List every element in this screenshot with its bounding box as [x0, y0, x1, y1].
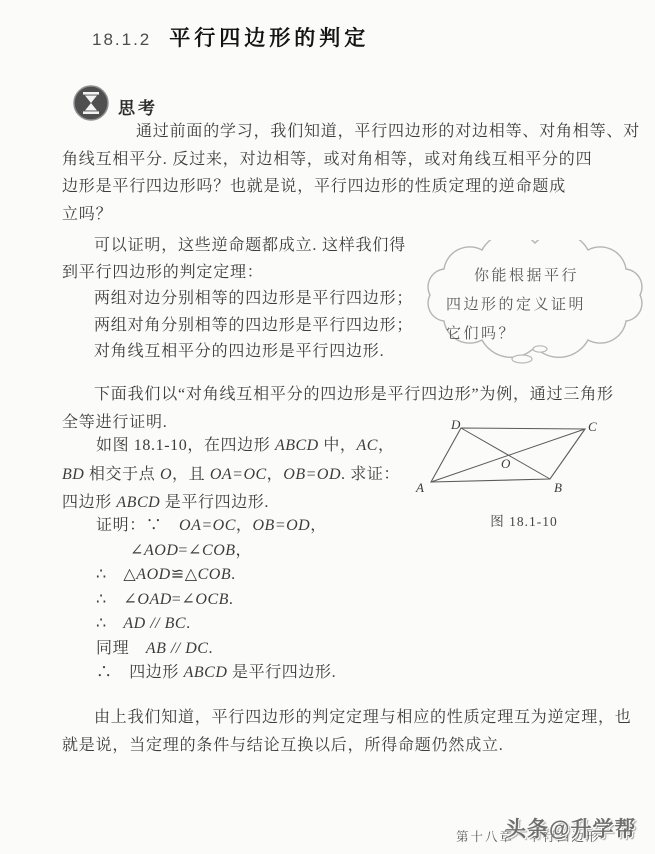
page-title: 平行四边形的判定: [169, 22, 369, 52]
text-line: 可以证明，这些逆命题都成立. 这样我们得: [62, 233, 422, 260]
math-text: ABCD: [184, 664, 228, 681]
text-line: 证明：∵ OA=OC，OB=OD，: [62, 514, 422, 539]
plain-text: 证明：∵: [96, 517, 179, 534]
plain-text: ，: [236, 517, 253, 534]
math-text: ABCD: [116, 494, 160, 511]
math-text: O: [160, 466, 172, 483]
math-text: AOD: [144, 542, 178, 559]
text-line: ∴ AD // BC.: [62, 612, 422, 637]
plain-text: 是平行四边形.: [227, 664, 336, 681]
vertex-label-c: C: [588, 420, 597, 434]
text-line: ∴ ∠OAD=∠OCB.: [62, 588, 422, 613]
math-text: AC: [357, 437, 378, 454]
text-line: 通过前面的学习，我们知道，平行四边形的对边相等、对角相等、对: [62, 118, 602, 146]
text-line: 同理 AB // DC.: [62, 637, 422, 662]
math-text: OA=OC: [179, 517, 236, 534]
math-text: OB=OD: [252, 517, 310, 534]
math-text: //: [146, 615, 165, 632]
text-line: 立吗？: [62, 201, 602, 229]
section-heading: 18.1.2 平行四边形的判定: [92, 22, 369, 52]
parallelogram-diagram: A B C D O: [408, 420, 640, 500]
plain-text: .: [208, 640, 213, 657]
text-line: 两组对边分别相等的四边形是平行四边形；: [62, 286, 422, 313]
text-line: 对角线互相平分的四边形是平行四边形.: [62, 339, 422, 366]
plain-text: ∴ △: [96, 566, 136, 583]
text-line: 下面我们以“对角线互相平分的四边形是平行四边形”为例，通过三角形: [62, 381, 602, 409]
plain-text: 是平行四边形.: [160, 494, 269, 511]
plain-text: 同理: [96, 640, 146, 657]
plain-text: ≌△: [171, 566, 198, 583]
section-number: 18.1.2: [92, 30, 151, 50]
watermark: 头条@升学帮: [505, 813, 636, 843]
example-setup: 如图 18.1-10，在四边形 ABCD 中，AC，BD 相交于点 O，且 OA…: [62, 432, 417, 518]
math-text: OAD: [137, 591, 171, 608]
text-line: 它们吗？: [446, 320, 586, 349]
plain-text: 中，: [319, 437, 357, 454]
text-line: 四边形的定义证明: [446, 291, 586, 320]
plain-text: ，: [310, 517, 327, 534]
plain-text: ，且: [172, 466, 210, 483]
parallelogram-figure: A B C D O 图 18.1-10: [408, 420, 640, 530]
plain-text: ∠: [130, 542, 144, 559]
plain-text: ，: [236, 542, 253, 559]
think-paragraph: 通过前面的学习，我们知道，平行四边形的对边相等、对角相等、对角线互相平分. 反过…: [62, 118, 602, 228]
plain-text: .: [231, 566, 236, 583]
math-text: AB: [146, 640, 167, 657]
text-line: 你能根据平行: [446, 262, 586, 291]
proof-steps: 证明：∵ OA=OC，OB=OD，∠AOD=∠COB，∴ △AOD≌△COB.∴…: [62, 514, 422, 686]
plain-text: .: [229, 591, 234, 608]
plain-text: . 求证：: [341, 466, 400, 483]
judgment-theorem-list: 两组对边分别相等的四边形是平行四边形；两组对角分别相等的四边形是平行四边形；对角…: [62, 286, 422, 366]
text-line: ∠AOD=∠COB，: [62, 539, 422, 564]
text-line: 角线互相平分. 反过来，对边相等，或对角相等，或对角线互相平分的四: [62, 146, 602, 174]
textbook-page: 18.1.2 平行四边形的判定 思考 通过前面的学习，我们知道，平行四边形的对边…: [0, 0, 655, 854]
math-text: AOD: [136, 566, 170, 583]
plain-text: ，: [378, 437, 395, 454]
hourglass-icon: [72, 84, 110, 122]
math-text: BD: [62, 466, 84, 483]
text-line: 两组对角分别相等的四边形是平行四边形；: [62, 313, 422, 340]
thought-bubble-text: 你能根据平行 四边形的定义证明 它们吗？: [446, 262, 586, 349]
math-text: ABCD: [275, 437, 319, 454]
plain-text: 如图 18.1-10，在四边形: [96, 437, 275, 454]
text-line: 边形是平行四边形吗？也就是说，平行四边形的性质定理的逆命题成: [62, 173, 602, 201]
math-text: COB: [198, 566, 232, 583]
text-line: ∴ △AOD≌△COB.: [62, 563, 422, 588]
text-line: ∴ 四边形 ABCD 是平行四边形.: [62, 661, 422, 686]
math-text: COB: [202, 542, 236, 559]
text-line: 如图 18.1-10，在四边形 ABCD 中，AC，: [62, 432, 417, 461]
vertex-label-b: B: [554, 480, 562, 495]
plain-text: =∠: [178, 542, 202, 559]
plain-text: .: [186, 615, 191, 632]
text-line: 到平行四边形的判定定理：: [62, 260, 422, 287]
plain-text: 相交于点: [84, 466, 160, 483]
plain-text: ∴: [96, 615, 123, 632]
math-text: //: [166, 640, 185, 657]
plain-text: 四边形: [62, 494, 116, 511]
text-line: 就是说，当定理的条件与结论互换以后，所得命题仍然成立.: [62, 732, 602, 760]
math-text: AD: [123, 615, 145, 632]
think-section-label: 思考: [118, 94, 158, 119]
judgment-theorems: 可以证明，这些逆命题都成立. 这样我们得到平行四边形的判定定理： 两组对边分别相…: [62, 233, 422, 366]
text-line: 由上我们知道，平行四边形的判定定理与相应的性质定理互为逆定理，也: [62, 704, 602, 732]
math-text: OCB: [195, 591, 229, 608]
center-label-o: O: [501, 456, 511, 471]
plain-text: =∠: [172, 591, 196, 608]
judgment-intro: 可以证明，这些逆命题都成立. 这样我们得到平行四边形的判定定理：: [62, 233, 422, 286]
plain-text: ，: [267, 466, 284, 483]
vertex-label-d: D: [450, 420, 461, 432]
math-text: OB=OD: [283, 466, 341, 483]
plain-text: ∴ 四边形: [96, 664, 184, 681]
thought-bubble: 你能根据平行 四边形的定义证明 它们吗？: [422, 240, 650, 370]
math-text: OA=OC: [210, 466, 267, 483]
vertex-label-a: A: [415, 480, 424, 495]
figure-caption: 图 18.1-10: [408, 510, 640, 530]
math-text: DC: [185, 640, 208, 657]
text-line: BD 相交于点 O，且 OA=OC，OB=OD. 求证：: [62, 461, 417, 490]
closing-paragraph: 由上我们知道，平行四边形的判定定理与相应的性质定理互为逆定理，也就是说，当定理的…: [62, 704, 602, 759]
plain-text: ∴ ∠: [96, 591, 137, 608]
math-text: BC: [165, 615, 186, 632]
